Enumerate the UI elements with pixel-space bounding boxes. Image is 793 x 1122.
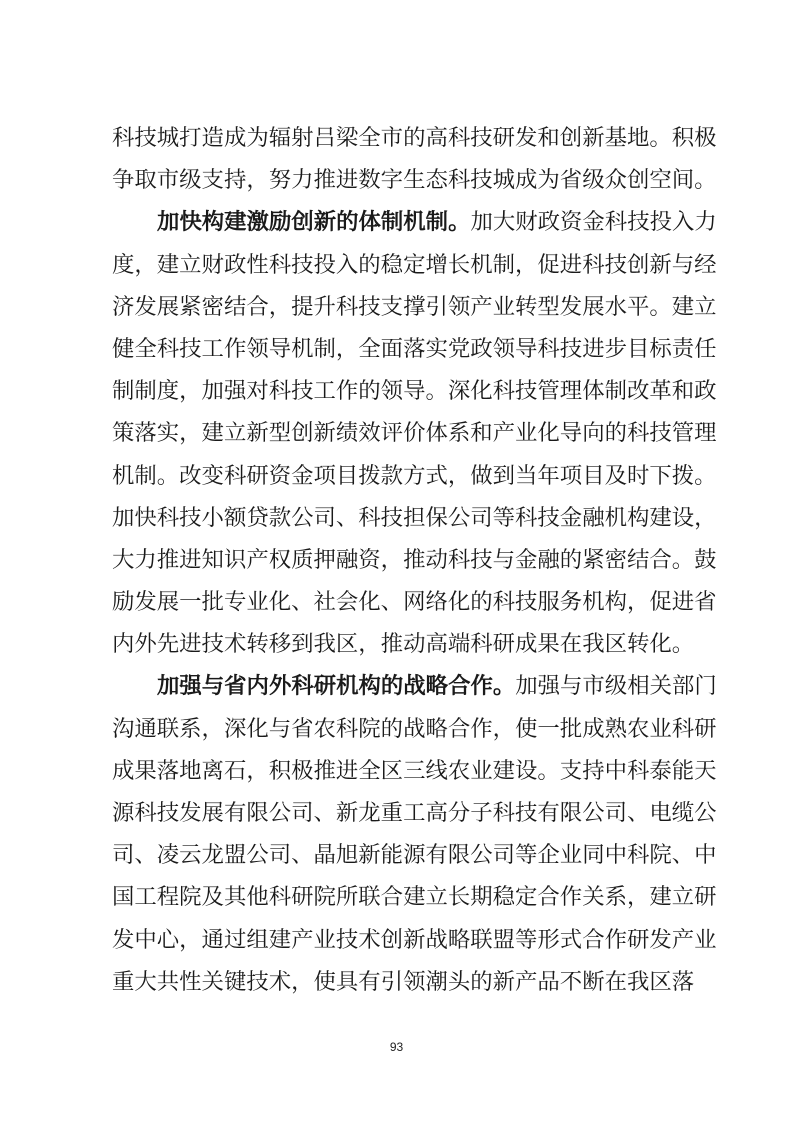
text-line: 加快科技小额贷款公司、科技担保公司等科技金融机构建设， xyxy=(112,497,682,539)
text-line: 重大共性关键技术，使具有引领潮头的新产品不断在我区落 xyxy=(112,961,682,1003)
text-line: 大力推进知识产权质押融资，推动科技与金融的紧密结合。鼓 xyxy=(112,539,682,581)
text-line: 内外先进技术转移到我区，推动高端科研成果在我区转化。 xyxy=(112,623,682,665)
text-line: 成果落地离石，积极推进全区三线农业建设。支持中科泰能天 xyxy=(112,750,682,792)
text-line: 科技城打造成为辐射吕梁全市的高科技研发和创新基地。积极 xyxy=(112,117,682,159)
text-line: 制制度，加强对科技工作的领导。深化科技管理体制改革和政 xyxy=(112,370,682,412)
text-line: 沟通联系，深化与省农科院的战略合作，使一批成熟农业科研 xyxy=(112,708,682,750)
text-span: 加大财政资金科技投入力 xyxy=(470,209,716,235)
text-line: 机制。改变科研资金项目拨款方式，做到当年项目及时下拨。 xyxy=(112,455,682,497)
paragraph-heading: 加强与省内外科研机构的战略合作。 xyxy=(157,673,515,699)
paragraph-strategic-cooperation: 加强与省内外科研机构的战略合作。加强与市级相关部门 沟通联系，深化与省农科院的战… xyxy=(112,665,682,1003)
text-line: 发中心，通过组建产业技术创新战略联盟等形式合作研发产业 xyxy=(112,919,682,961)
text-span: 加强与市级相关部门 xyxy=(515,673,717,699)
text-line: 济发展紧密结合，提升科技支撑引领产业转型发展水平。建立 xyxy=(112,286,682,328)
paragraph-innovation-mechanism: 加快构建激励创新的体制机制。加大财政资金科技投入力 度，建立财政性科技投入的稳定… xyxy=(112,201,682,665)
text-line: 度，建立财政性科技投入的稳定增长机制，促进科技创新与经 xyxy=(112,244,682,286)
text-line: 健全科技工作领导机制，全面落实党政领导科技进步目标责任 xyxy=(112,328,682,370)
paragraph-heading: 加快构建激励创新的体制机制。 xyxy=(157,209,470,235)
text-line: 源科技发展有限公司、新龙重工高分子科技有限公司、电缆公 xyxy=(112,792,682,834)
text-line: 加快构建激励创新的体制机制。加大财政资金科技投入力 xyxy=(112,201,682,243)
page-number: 93 xyxy=(0,1040,793,1054)
text-line: 加强与省内外科研机构的战略合作。加强与市级相关部门 xyxy=(112,665,682,707)
text-line: 励发展一批专业化、社会化、网络化的科技服务机构，促进省 xyxy=(112,581,682,623)
document-body: 科技城打造成为辐射吕梁全市的高科技研发和创新基地。积极 争取市级支持，努力推进数… xyxy=(112,117,682,1003)
text-line: 争取市级支持，努力推进数字生态科技城成为省级众创空间。 xyxy=(112,159,682,201)
paragraph-continuation: 科技城打造成为辐射吕梁全市的高科技研发和创新基地。积极 争取市级支持，努力推进数… xyxy=(112,117,682,201)
text-line: 策落实，建立新型创新绩效评价体系和产业化导向的科技管理 xyxy=(112,412,682,454)
text-line: 国工程院及其他科研院所联合建立长期稳定合作关系，建立研 xyxy=(112,876,682,918)
text-line: 司、凌云龙盟公司、晶旭新能源有限公司等企业同中科院、中 xyxy=(112,834,682,876)
